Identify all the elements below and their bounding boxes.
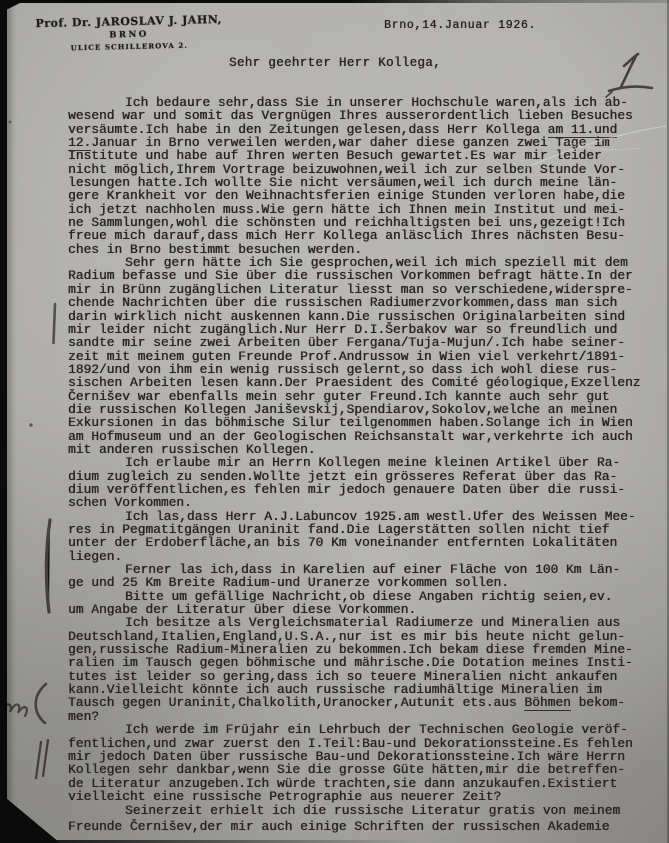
- text-line: de Literatur anzugeben.Ich würde trachte…: [68, 777, 664, 790]
- paragraph: Seinerzeit erhielt ich die russische Lit…: [68, 803, 664, 834]
- text-line: sischen Arbeiten lesen kann.Der Praeside…: [68, 376, 664, 389]
- paragraph: Sehr gern hätte ich Sie gesprochen,weil …: [68, 256, 664, 456]
- text-line: Tausch gegen Uraninit,Chalkolith,Uranock…: [68, 696, 664, 709]
- text-line: Kollegen sehr dankbar,wenn Sie die gross…: [68, 763, 664, 776]
- double-pencil-lines: [36, 740, 48, 778]
- photo-corner-bottom-left: [0, 793, 60, 843]
- text-line: gere Krankheit vor den Weihnachtsferien …: [68, 189, 664, 202]
- long-pencil-line: [46, 520, 50, 612]
- paragraph: Ich erlaube mir an Herrn Kollegen meine …: [68, 456, 664, 509]
- text-line: Seinerzeit erhielt ich die russische Lit…: [68, 803, 664, 819]
- letterhead-stamp: Prof. Dr. JAROSLAV J. JAHN, BRNO ULICE S…: [26, 13, 233, 54]
- text-line: um Angabe der Literatur über diese Vorko…: [68, 603, 664, 616]
- text-line: Institute und habe auf Ihren werten Besu…: [68, 149, 664, 162]
- text-line: lesungen hatte.Ich wollte Sie nicht vers…: [68, 176, 664, 189]
- text-line: darin wirklich nicht auskennen kann.Die …: [68, 310, 664, 323]
- letter-body: Ich bedaure sehr,dass Sie in unserer Hoc…: [68, 96, 664, 834]
- text-line: die russischen Kollegen Janiševskij,Spen…: [68, 403, 664, 416]
- text-line: schen Vorkommen.: [68, 496, 664, 509]
- page-number-mark: [606, 54, 652, 97]
- single-pencil-line: [54, 304, 56, 343]
- text-line: Exkursionen in das böhmische Silur teilg…: [68, 416, 664, 429]
- text-line: gen,russische Radium-Mineralien zu bekom…: [68, 643, 664, 656]
- photo-edge-top: [0, 0, 669, 3]
- text-line: wesend war und somit das Vergnügen Ihres…: [68, 109, 664, 122]
- text-line: Freunde Černišev,der mir auch einige Sch…: [68, 819, 664, 835]
- text-line: dium veröffentlichen,es fehlen mir jedoc…: [68, 483, 664, 496]
- photo-corner-top-left: [0, 0, 26, 13]
- text-line: kann.Vielleicht könnte ich auch russisch…: [68, 683, 664, 696]
- text-line: res in Pegmatitgängen Uraninit fand.Die …: [68, 523, 664, 536]
- paragraph: Bitte um gefällige Nachricht,ob diese An…: [68, 590, 664, 617]
- text-line: am Hofmuseum und an der Geologischen Rei…: [68, 430, 664, 443]
- text-line: 1892/und von ihm ein wenig russisch gele…: [68, 363, 664, 376]
- text-line: men?: [68, 710, 664, 723]
- text-line: Ich werde im Früjahr ein Lehrbuch der Te…: [68, 723, 664, 736]
- text-line: unter der Erdoberfläche,an bis 70 Km von…: [68, 536, 664, 549]
- text-line: mir jedoch Daten über russische Bau-und …: [68, 750, 664, 763]
- text-line: vielleicht eine russische Petrographie a…: [68, 790, 664, 803]
- text-line: Ich bedaure sehr,dass Sie in unserer Hoc…: [68, 96, 664, 109]
- text-line: ches in Brno bestimmt besuchen werden.: [68, 243, 664, 256]
- text-line: mir in Brünn zugänglichen Literatur lies…: [68, 283, 664, 296]
- text-line: 12.Januar in Brno verweilen werden,war d…: [68, 136, 664, 149]
- paragraph: Ich bedaure sehr,dass Sie in unserer Hoc…: [68, 96, 664, 256]
- pencil-parenthesis: [36, 684, 46, 723]
- text-line: ge und 25 Km Breite Radium-und Uranerze …: [68, 576, 664, 589]
- letterhead-street: ULICE SCHILLEROVA 2.: [26, 40, 232, 54]
- text-line: Ich besitze als Vergleichsmaterial Radiu…: [68, 616, 664, 629]
- ink-speck: [29, 423, 32, 426]
- text-line: Sehr gern hätte ich Sie gesprochen,weil …: [68, 256, 664, 269]
- salutation: Sehr geehrter Herr Kollega,: [229, 56, 441, 70]
- text-line: freue mich darauf,dass mich Herr Kollega…: [68, 229, 664, 242]
- text-line: nicht möglich,Ihrem Vortrage beizuwohnen…: [68, 163, 664, 176]
- text-line: dium zugleich zu senden.Wollte jetzt ein…: [68, 470, 664, 483]
- text-line: chende Nachrichten über die russischen R…: [68, 296, 664, 309]
- text-line: ne Sammlungen,wohl die schönsten und rei…: [68, 216, 664, 229]
- ink-speck: [9, 121, 12, 124]
- scanned-letter-page: Prof. Dr. JAROSLAV J. JAHN, BRNO ULICE S…: [0, 0, 669, 843]
- text-line: Ferner las ich,dass in Karelien auf eine…: [68, 563, 664, 576]
- text-line: Radium befasse und Sie über die russisch…: [68, 269, 664, 282]
- text-line: mit anderen russischen Kollegen.: [68, 443, 664, 456]
- text-line: Ich erlaube mir an Herrn Kollegen meine …: [68, 456, 664, 469]
- text-line: mir leider nicht zugänglich.Nur Herr D.I…: [68, 323, 664, 336]
- text-line: Deutschland,Italien,England,U.S.A.,nur i…: [68, 630, 664, 643]
- dateline: Brno,14.Januar 1926.: [384, 19, 536, 32]
- text-line: versäumte.Ich habe in den Zeitungen gele…: [68, 123, 664, 136]
- text-line: Bitte um gefällige Nachricht,ob diese An…: [68, 590, 664, 603]
- paragraph: Ferner las ich,dass in Karelien auf eine…: [68, 563, 664, 590]
- underlined-text: Böhmen: [524, 695, 570, 711]
- text-line: fentlichen,und zwar zuerst den I.Teil:Ba…: [68, 737, 664, 750]
- text-line: tutes ist leider so gering,dass ich so t…: [68, 670, 664, 683]
- paragraph: Ich las,dass Herr A.J.Labuncov 1925.am w…: [68, 510, 664, 563]
- text-line: ralien im Tausch gegen böhmische und mäh…: [68, 656, 664, 669]
- paragraph: Ich besitze als Vergleichsmaterial Radiu…: [68, 616, 664, 723]
- text-line: sandte mir seine zwei Arbeiten über Ferg…: [68, 336, 664, 349]
- paragraph: Ich werde im Früjahr ein Lehrbuch der Te…: [68, 723, 664, 803]
- photo-edge-left: [0, 0, 7, 843]
- text-line: liegen.: [68, 550, 664, 563]
- text-line: zeit mit meinem guten Freunde Prof.Andru…: [68, 350, 664, 363]
- text-line: Černišev war ebenfalls mein sehr guter F…: [68, 390, 664, 403]
- text-line: Ich las,dass Herr A.J.Labuncov 1925.am w…: [68, 510, 664, 523]
- text-line: ich jetzt nachholen muss.Wie gern hätte …: [68, 203, 664, 216]
